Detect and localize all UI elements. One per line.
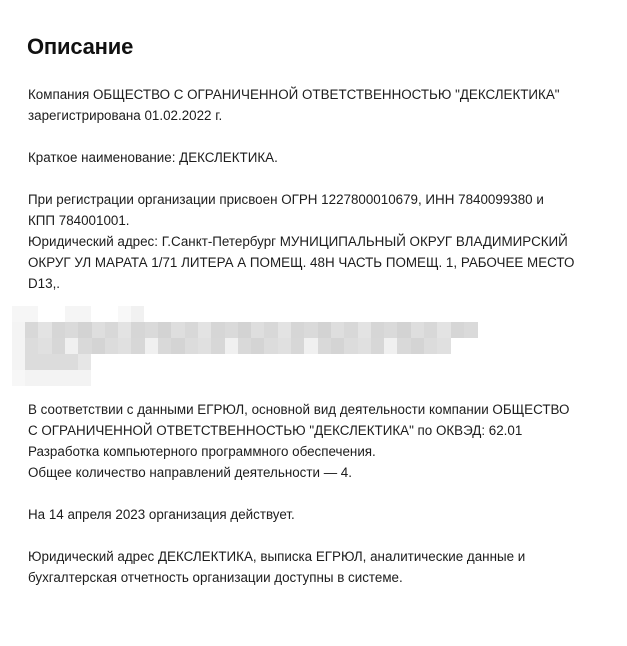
text-line: Компания ОБЩЕСТВО С ОГРАНИЧЕННОЙ ОТВЕТСТ…: [28, 84, 603, 105]
short-name-paragraph: Краткое наименование: ДЕКСЛЕКТИКА.: [28, 147, 603, 168]
company-description-card: Описание Компания ОБЩЕСТВО С ОГРАНИЧЕННО…: [0, 0, 627, 646]
text-line: КПП 784001001.: [28, 210, 603, 231]
text-line: В соответствии с данными ЕГРЮЛ, основной…: [28, 399, 603, 420]
status-paragraph: На 14 апреля 2023 организация действует.: [28, 504, 603, 525]
section-title: Описание: [27, 32, 133, 62]
registration-paragraph: Компания ОБЩЕСТВО С ОГРАНИЧЕННОЙ ОТВЕТСТ…: [28, 84, 603, 126]
text-line: На 14 апреля 2023 организация действует.: [28, 504, 603, 525]
text-line: D13,.: [28, 273, 603, 294]
text-line: бухгалтерская отчетность организации дос…: [28, 567, 603, 588]
text-line: Юридический адрес ДЕКСЛЕКТИКА, выписка Е…: [28, 546, 603, 567]
redacted-text-block: [12, 306, 562, 386]
footer-paragraph: Юридический адрес ДЕКСЛЕКТИКА, выписка Е…: [28, 546, 603, 588]
text-line: Краткое наименование: ДЕКСЛЕКТИКА.: [28, 147, 603, 168]
text-line: Разработка компьютерного программного об…: [28, 441, 603, 462]
text-line: ОКРУГ УЛ МАРАТА 1/71 ЛИТЕРА А ПОМЕЩ. 48Н…: [28, 252, 603, 273]
text-line: Общее количество направлений деятельност…: [28, 462, 603, 483]
activity-paragraph: В соответствии с данными ЕГРЮЛ, основной…: [28, 399, 603, 483]
text-line: Юридический адрес: Г.Санкт-Петербург МУН…: [28, 231, 603, 252]
identifiers-paragraph: При регистрации организации присвоен ОГР…: [28, 189, 603, 294]
text-line: С ОГРАНИЧЕННОЙ ОТВЕТСТВЕННОСТЬЮ "ДЕКСЛЕК…: [28, 420, 603, 441]
text-line: При регистрации организации присвоен ОГР…: [28, 189, 603, 210]
text-line: зарегистрирована 01.02.2022 г.: [28, 105, 603, 126]
